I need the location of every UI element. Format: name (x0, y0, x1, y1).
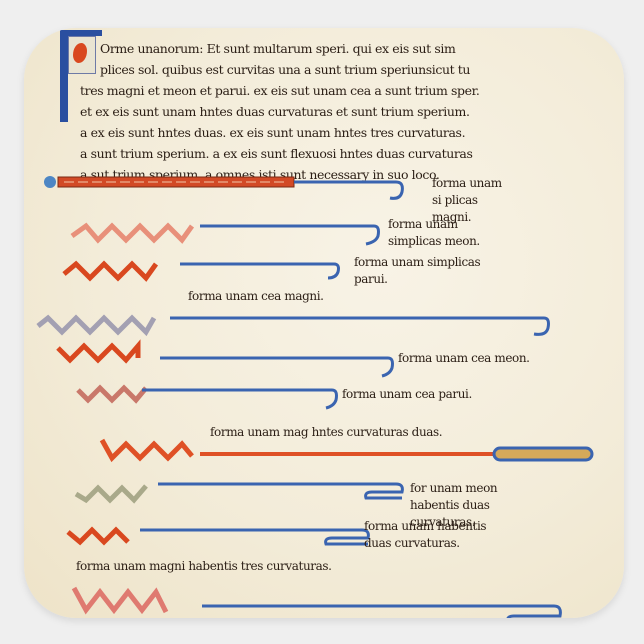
instrument-6-icon (78, 388, 337, 408)
instrument-2-icon (72, 226, 379, 244)
instrument-5-icon (58, 346, 393, 376)
instrument-4-icon (38, 318, 549, 334)
label-instrument-4: forma unam cea magni. (188, 288, 324, 305)
label-instrument-9: forma unam habentis duas curvaturas. (364, 518, 514, 552)
label-instrument-5: forma unam cea meon. (398, 350, 530, 367)
instrument-drawings (24, 28, 624, 618)
label-instrument-2: forma unam simplicas meon. (388, 216, 488, 250)
manuscript-page: Orme unanorum: Et sunt multarum speri. q… (24, 28, 624, 618)
instrument-10-icon (74, 588, 560, 618)
instrument-9-icon (68, 530, 368, 544)
label-instrument-7: forma unam mag hntes curvaturas duas. (210, 424, 442, 441)
label-instrument-10: forma unam magni habentis tres curvatura… (76, 558, 332, 575)
instrument-8-icon (76, 484, 402, 500)
label-instrument-6: forma unam cea parui. (342, 386, 472, 403)
instrument-7-icon (102, 440, 592, 460)
instrument-1-icon (44, 176, 402, 198)
label-instrument-3: forma unam simplicas parui. (354, 254, 494, 288)
instrument-3-icon (64, 264, 339, 278)
